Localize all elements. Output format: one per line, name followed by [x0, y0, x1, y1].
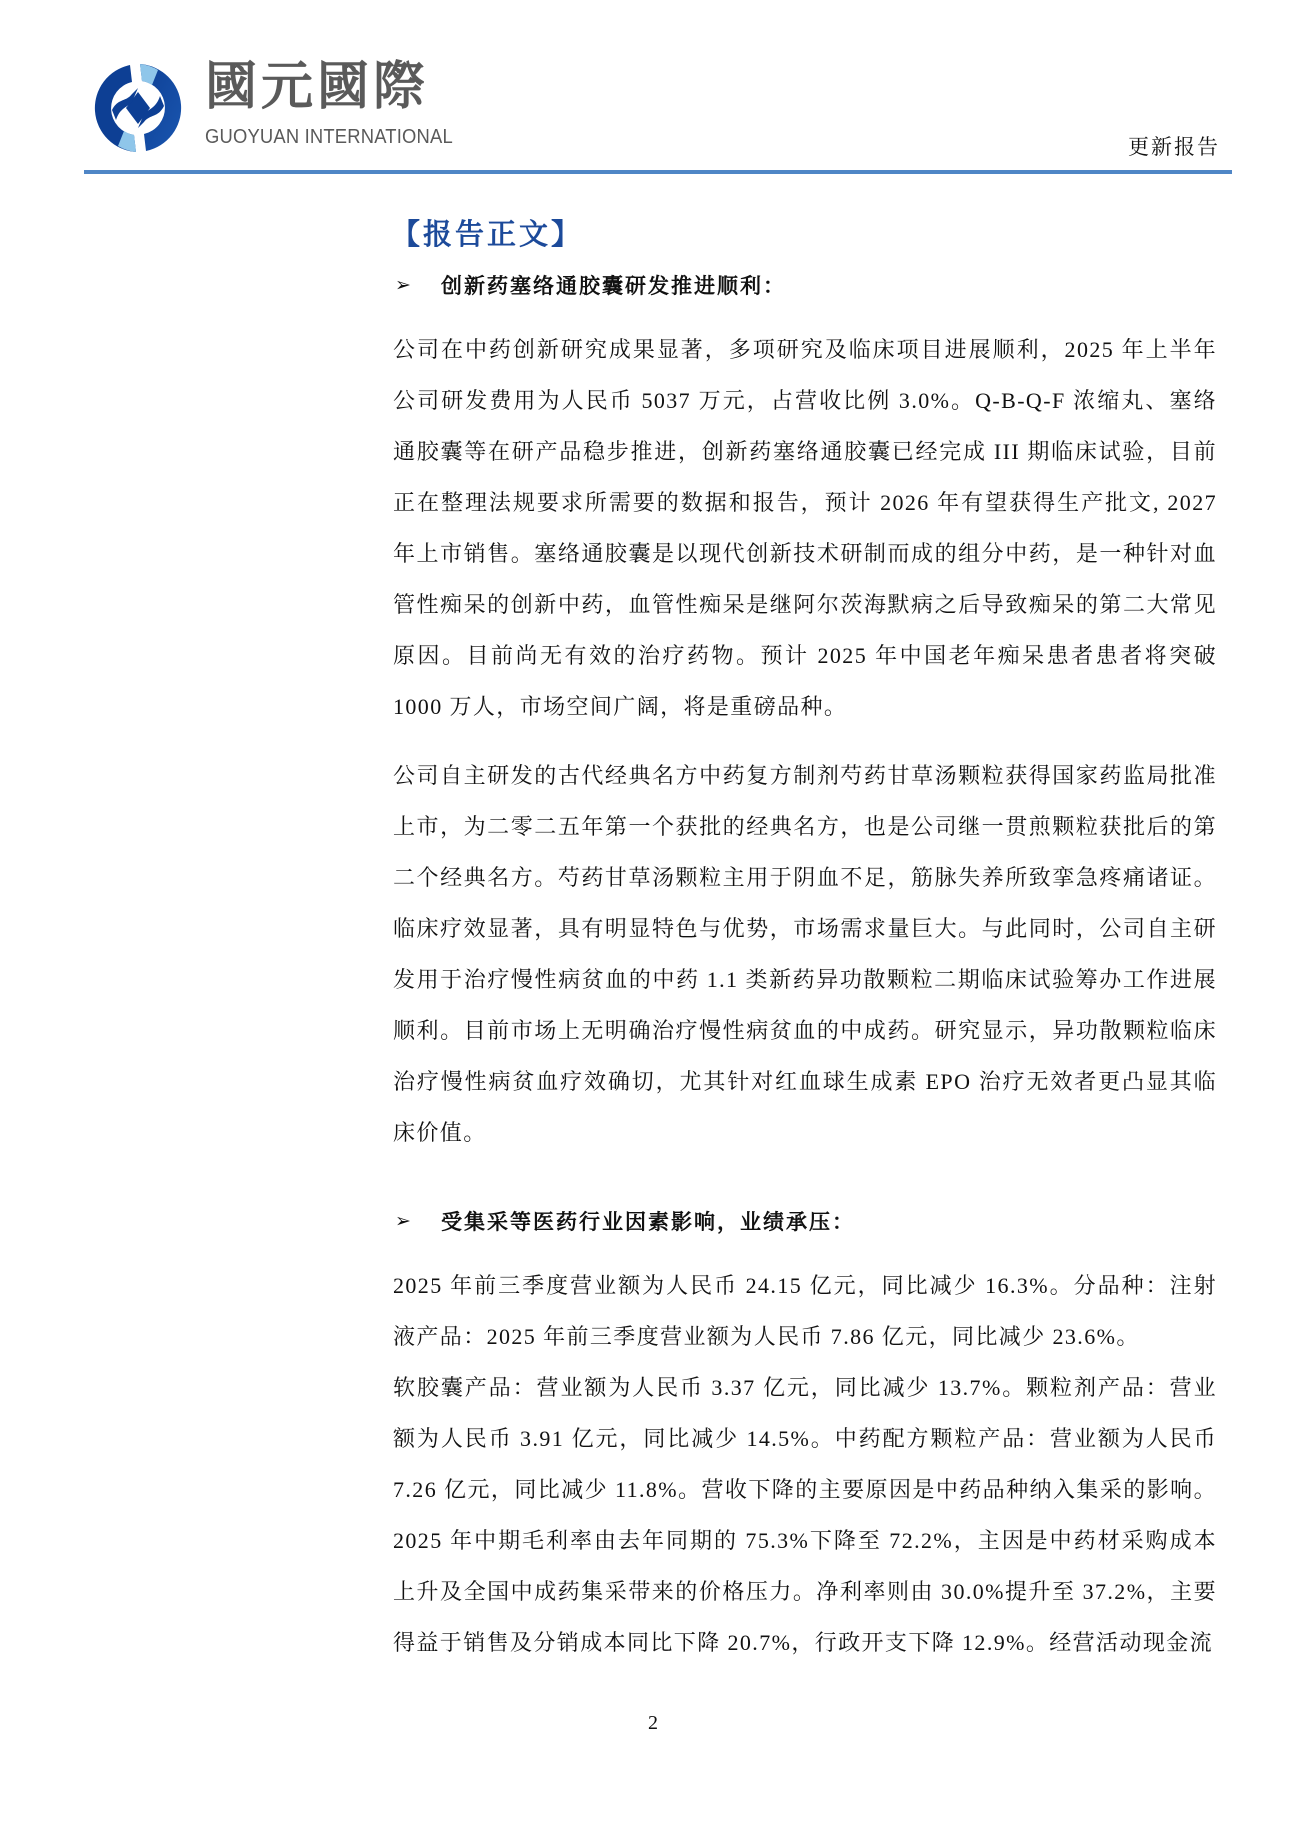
- heading-text: 受集采等医药行业因素影响，业绩承压：: [441, 1202, 855, 1242]
- header-divider: [84, 170, 1232, 174]
- section-heading-rnd: ➢ 创新药塞络通胶囊研发推进顺利：: [393, 266, 1217, 306]
- heading-text: 创新药塞络通胶囊研发推进顺利：: [441, 266, 786, 306]
- report-type-label: 更新报告: [1128, 131, 1220, 161]
- paragraph: 2025 年前三季度营业额为人民币 24.15 亿元，同比减少 16.3%。分品…: [393, 1260, 1217, 1362]
- page-header: 國元國際 GUOYUAN INTERNATIONAL 更新报告: [0, 0, 1306, 180]
- section-title: 【报告正文】: [391, 210, 1217, 260]
- paragraph: 公司在中药创新研究成果显著，多项研究及临床项目进展顺利，2025 年上半年公司研…: [393, 324, 1217, 732]
- paragraph: 公司自主研发的古代经典名方中药复方制剂芍药甘草汤颗粒获得国家药监局批准上市，为二…: [393, 750, 1217, 1158]
- arrow-bullet-icon: ➢: [395, 266, 411, 306]
- guoyuan-logo-icon: [88, 58, 188, 158]
- paragraph: 软胶囊产品：营业额为人民币 3.37 亿元，同比减少 13.7%。颗粒剂产品：营…: [393, 1362, 1217, 1668]
- section-heading-performance: ➢ 受集采等医药行业因素影响，业绩承压：: [393, 1202, 1217, 1242]
- brand-name-chinese: 國元國際: [205, 56, 429, 118]
- arrow-bullet-icon: ➢: [395, 1202, 411, 1242]
- report-body: 【报告正文】 ➢ 创新药塞络通胶囊研发推进顺利： 公司在中药创新研究成果显著，多…: [393, 210, 1217, 1668]
- page-number: 2: [0, 1712, 1306, 1735]
- brand-name-english: GUOYUAN INTERNATIONAL: [205, 126, 453, 149]
